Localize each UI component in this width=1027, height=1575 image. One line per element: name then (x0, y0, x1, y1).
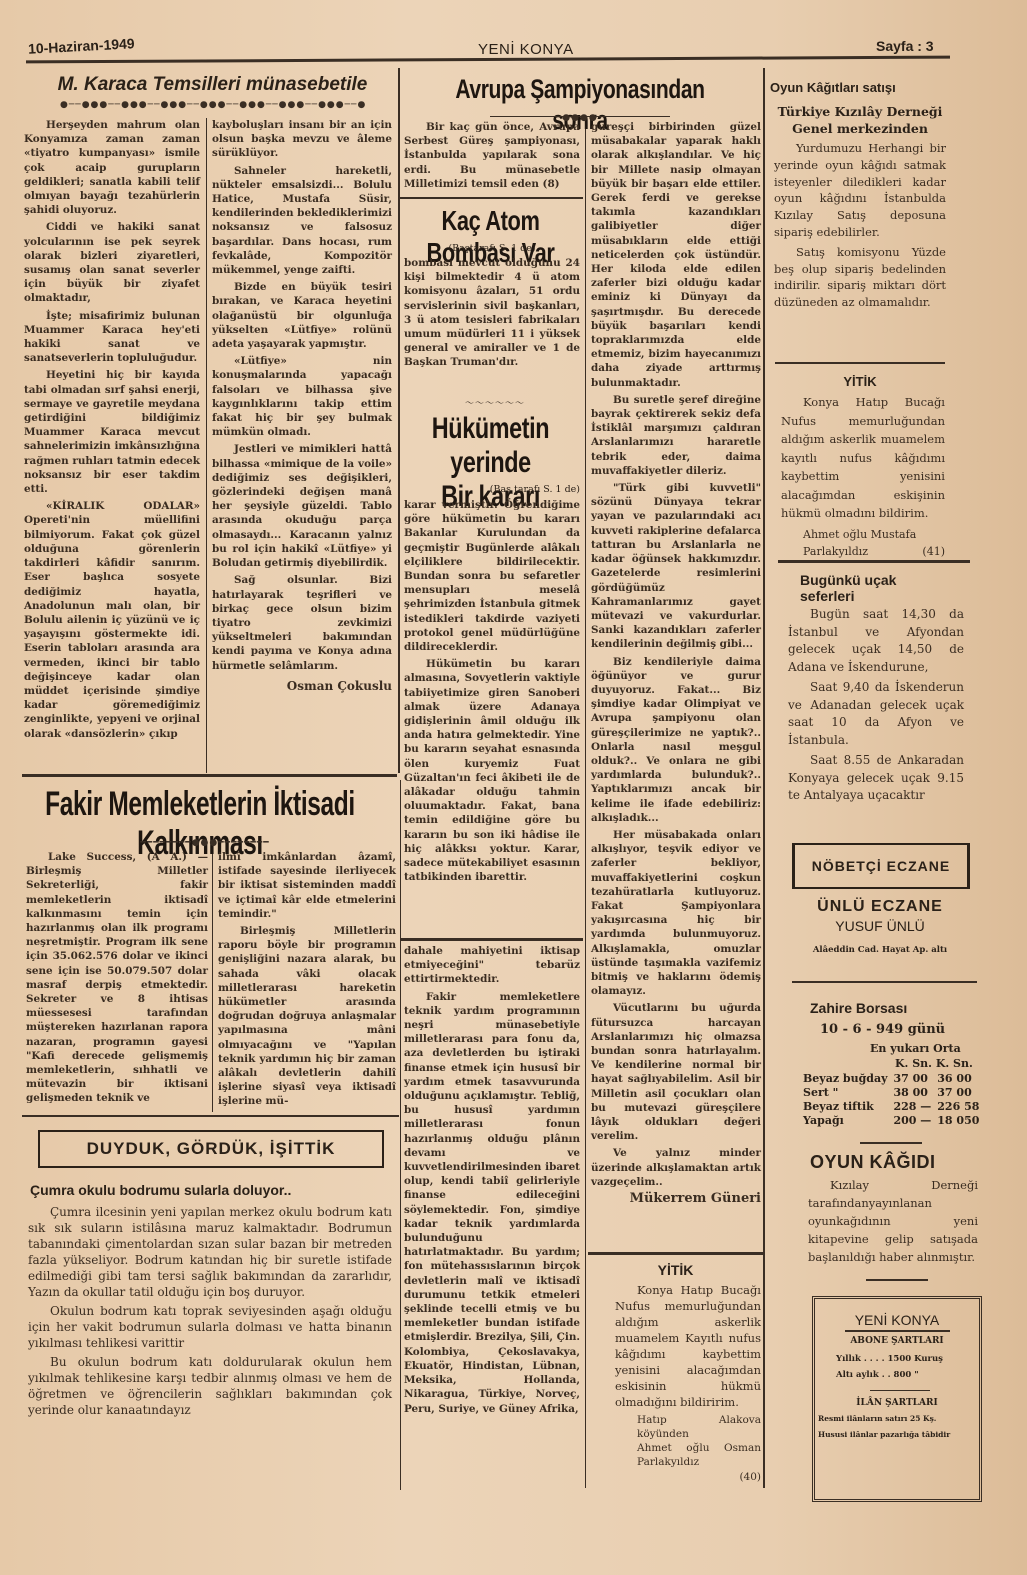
section-rule (400, 938, 583, 941)
paragraph: Jestleri ve mimikleri hattâ bilhassa «mi… (212, 442, 392, 570)
pharmacy-owner: YUSUF ÜNLÜ (790, 918, 970, 934)
paragraph: Herşeyden mahrum olan Konyamıza zaman za… (24, 118, 200, 217)
item: Yapağı (800, 1114, 890, 1128)
notice-body: Bugün saat 14,30 da İstanbul ve Afyondan… (788, 606, 964, 808)
section-rule (866, 1279, 928, 1281)
ornament-divider: ━━━━━━━━●●●━━━━━━━━ (110, 838, 300, 848)
paragraph: Okulun bodrum katı toprak seviyesinden a… (28, 1303, 392, 1351)
section-rule (22, 1115, 399, 1117)
notice-number: (40) (615, 1469, 761, 1485)
author-signature: Mükerrem Güneri (591, 1192, 761, 1206)
paragraph: Bizde en büyük tesiri bırakan, ve Karaca… (212, 280, 392, 351)
ilan-line: Resmi ilânların satırı 25 Kş. (818, 1414, 978, 1423)
section-rule (775, 362, 945, 364)
paragraph: kayboluşları insanı bir an için olsun ba… (212, 118, 392, 161)
source-note: (Baş tarafı S. 1 de) (404, 484, 580, 495)
table-row: Sert "38 0037 00 (800, 1086, 982, 1100)
paragraph: Ve yalnız minder üzerinde alkışlamaktan … (591, 1146, 761, 1189)
price-high: 37 00 (890, 1072, 934, 1086)
signature-line: Ahmet oğlu Mustafa (781, 526, 945, 543)
section-rule (778, 560, 970, 563)
price-high: 38 00 (890, 1086, 934, 1100)
paragraph: Satış komisyonu Yüzde beş olup sipariş b… (774, 244, 946, 311)
notice-number: (41) (922, 543, 945, 560)
article-column: Herşeyden mahrum olan Konyamıza zaman za… (24, 118, 200, 744)
paragraph: Birleşmiş Milletlerin raporu böyle bir p… (218, 924, 396, 1109)
headline: OYUN KÂĞIDI (810, 1152, 980, 1173)
article-column: kayboluşları insanı bir an için olsun ba… (212, 118, 392, 693)
headline-line: Hükümetin yerinde (414, 412, 566, 480)
headline: YİTİK (588, 1262, 763, 1278)
article-column: Çumra ilcesinin yeni yapılan merkez okul… (28, 1204, 392, 1421)
paragraph: Çumra ilcesinin yeni yapılan merkez okul… (28, 1204, 392, 1300)
article-column: Bir kaç gün önce, Avrupa Serbest Güreş ş… (404, 120, 580, 194)
column-header: K. Sn. K. Sn. (895, 1057, 985, 1070)
subhead: Türkiye Kızılây Derneği Genel merkezinde… (776, 103, 944, 137)
section-box-title: DUYDUK, GÖRDÜK, İŞİTTİK (38, 1130, 384, 1168)
column-divider (763, 68, 765, 1488)
paragraph: Sağ olsunlar. Bizi hatırlayarak teşrifle… (212, 573, 392, 672)
signature-line: Hatıp Alakova köyünden (615, 1413, 761, 1441)
article-column: karar vermiştir. Öğrendiğime göre hüküme… (404, 498, 580, 887)
ilan-title: İLÂN ŞARTLARI (812, 1398, 982, 1408)
price-mid: 226 58 (934, 1100, 982, 1114)
article-column: Lake Success, (A A.) — Birleşmiş Milletl… (26, 850, 208, 1109)
item: Beyaz buğday (800, 1072, 890, 1086)
paragraph: Kızılay Derneği tarafındanyayınlanan oyu… (808, 1176, 978, 1266)
paragraph: güreşçi birbirinden güzel müsabakalar ya… (591, 120, 761, 390)
paragraph: Konya Hatıp Bucağı Nufus memurluğundan a… (781, 393, 945, 523)
section-rule (792, 981, 977, 983)
signature-line: Parlakyıldız(41) (781, 543, 945, 560)
notice-body: Yurdumuzu Herhangi bir yerinde oyun kâğı… (774, 140, 946, 314)
price-mid: 37 00 (934, 1086, 982, 1100)
column-divider (206, 118, 207, 773)
paragraph: Her müsabakada onları alkışlıyor, teşvik… (591, 828, 761, 998)
newspaper-title: YENİ KONYA (478, 41, 574, 58)
section-rule (588, 1252, 763, 1255)
table-row: Beyaz buğday37 0036 00 (800, 1072, 982, 1086)
column-divider (585, 118, 586, 1488)
price-mid: 18 050 (934, 1114, 982, 1128)
pharmacy-address: Alâeddin Cad. Hayat Ap. altı (790, 945, 970, 955)
ornament-divider: ●──●●●──●●●──●●●──●●●──●●●──●●●──●●●──● (60, 100, 360, 110)
section-rule (22, 774, 397, 777)
table-row: Yapağı200 —18 050 (800, 1114, 982, 1128)
box-title: YENİ KONYA (812, 1312, 982, 1328)
borsa-table: Beyaz buğday37 0036 00 Sert "38 0037 00 … (800, 1072, 982, 1128)
article-column: bombası mevcut olduğunu 24 kişi bilmekte… (404, 256, 580, 373)
paragraph: karar vermiştir. Öğrendiğime göre hüküme… (404, 498, 580, 654)
paragraph: Sahneler hareketli, nükteler emsalsizdi.… (212, 164, 392, 278)
article-column: ilmî imkânlardan âzamî, istifade sayesin… (218, 850, 396, 1112)
price-high: 228 — (890, 1100, 934, 1114)
headline: Bugünkü uçak seferleri (800, 572, 950, 604)
notice-body: Konya Hatıp Bucağı Nufus memurluğundan a… (781, 393, 945, 560)
paragraph: "Türk gibi kuvvetli" sözünü Dünyaya tekr… (591, 481, 761, 651)
paragraph: «Lütfiye» nin konuşmalarında yapacağı fa… (212, 354, 392, 439)
headline: YİTİK (775, 374, 945, 389)
paragraph: Bu suretle şeref direğine bayrak çektire… (591, 393, 761, 478)
headline: Oyun Kâğıtları satışı (770, 80, 950, 95)
paragraph: İşte; misafirimiz bulunan Muammer Karaca… (24, 309, 200, 366)
source-note: (Baştarafı S. 1 de) (404, 243, 580, 254)
page-number: Sayfa : 3 (876, 38, 934, 54)
paragraph: Saat 8.55 de Ankaradan Konyaya gelecek u… (788, 752, 964, 805)
paragraph: Bir kaç gün önce, Avrupa Serbest Güreş ş… (404, 120, 580, 191)
abone-title: ABONE ŞARTLARI (812, 1336, 982, 1346)
section-rule (400, 197, 583, 199)
wavy-divider: 〜〜〜〜〜〜 (440, 396, 550, 409)
paragraph: Heyetini hiç bir kayıda tabi olmadan sır… (24, 368, 200, 496)
section-box-title: NÖBETÇİ ECZANE (792, 843, 970, 889)
headline: Zahire Borsası (810, 1000, 970, 1016)
signature-name: Parlakyıldız (803, 545, 868, 558)
paragraph: ilmî imkânlardan âzamî, istifade sayesin… (218, 850, 396, 921)
borsa-date: 10 - 6 - 949 günü (820, 1022, 980, 1037)
signature-line: Ahmet oğlu Osman Parlakyıldız (615, 1441, 761, 1469)
paragraph: Yurdumuzu Herhangi bir yerinde oyun kâğı… (774, 140, 946, 241)
half-year-price: Altı aylık . . 800 " (836, 1370, 976, 1380)
column-divider (400, 780, 401, 1490)
ornament-divider: ●●●● (490, 108, 670, 117)
pharmacy-name: ÜNLÜ ECZANE (790, 898, 970, 916)
paragraph: Konya Hatıp Bucağı Nufus memurluğundan a… (615, 1282, 761, 1410)
headline: Çumra okulu bodrumu sularla doluyor.. (30, 1182, 390, 1198)
article-column: güreşçi birbirinden güzel müsabakalar ya… (591, 120, 761, 1206)
paragraph: Biz kendileriyle daima öğünüyor ve gurur… (591, 655, 761, 825)
paragraph: bombası mevcut olduğunu 24 kişi bilmekte… (404, 256, 580, 370)
paragraph: Bugün saat 14,30 da İstanbul ve Afyondan… (788, 606, 964, 676)
notice-body: Konya Hatıp Bucağı Nufus memurluğundan a… (615, 1282, 761, 1485)
table-row: Beyaz tiftik228 —226 58 (800, 1100, 982, 1114)
paragraph: Vücutlarını bu uğurda fütursuzca harcaya… (591, 1001, 761, 1143)
paragraph: Hükümetin bu kararı almasına, Sovyetleri… (404, 657, 580, 884)
item: Beyaz tiftik (800, 1100, 890, 1114)
ilan-line: Hususi ilânlar pazarlığa tâbidir (818, 1430, 978, 1439)
price-high: 200 — (890, 1114, 934, 1128)
yearly-price: Yıllık . . . . 1500 Kuruş (836, 1354, 976, 1364)
paragraph: Fakir memleketlere teknik yardım program… (404, 990, 580, 1416)
paragraph: Saat 9,40 da İskenderun ve Adanadan gele… (788, 679, 964, 749)
price-mid: 36 00 (934, 1072, 982, 1086)
paragraph: «KİRALIK ODALAR» Opereti'nin müellifini … (24, 499, 200, 740)
paragraph: dahale mahiyetini iktisap etmiyeceğini" … (404, 944, 580, 987)
section-rule (860, 1142, 922, 1144)
headline: M. Karaca Temsilleri münasebetile (30, 74, 395, 96)
paragraph: Lake Success, (A A.) — Birleşmiş Milletl… (26, 850, 208, 1106)
article-column: dahale mahiyetini iktisap etmiyeceğini" … (404, 944, 580, 1419)
paragraph: Ciddi ve hakiki sanat yolcularının ise p… (24, 220, 200, 305)
column-divider (398, 68, 400, 773)
column-divider (212, 850, 213, 1112)
underline (845, 1330, 950, 1332)
author-signature: Osman Çokuslu (212, 679, 392, 693)
notice-body: Kızılay Derneği tarafındanyayınlanan oyu… (808, 1176, 978, 1269)
column-header: En yukarı Orta (870, 1042, 980, 1055)
paragraph: Bu okulun bodrum katı doldurularak okulu… (28, 1354, 392, 1418)
issue-date: 10-Haziran-1949 (28, 35, 135, 57)
item: Sert " (800, 1086, 890, 1100)
divider (870, 1390, 930, 1391)
